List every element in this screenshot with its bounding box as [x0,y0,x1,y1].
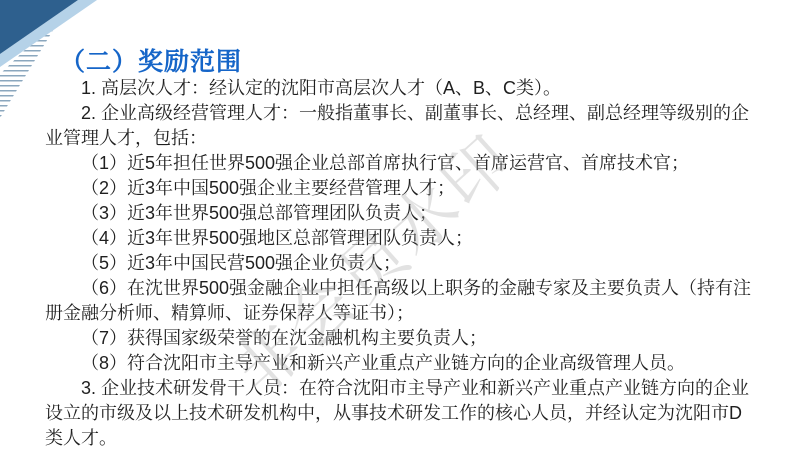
body-paragraph-9: （7）获得国家级荣誉的在沈金融机构主要负责人； [45,326,757,351]
body-paragraph-1: 1. 高层次人才：经认定的沈阳市高层次人才（A、B、C类）。 [45,76,757,101]
body-paragraph-7: （5）近3年中国民营500强企业负责人； [45,251,757,276]
body-paragraph-4: （2）近3年中国500强企业主要经营管理人才； [45,176,757,201]
presentation-slide: （二）奖励范围 1. 高层次人才：经认定的沈阳市高层次人才（A、B、C类）。 2… [0,0,800,450]
body-paragraph-5: （3）近3年世界500强总部管理团队负责人； [45,201,757,226]
slide-title: （二）奖励范围 [60,42,242,78]
body-paragraph-2: 2. 企业高级经营管理人才：一般指董事长、副董事长、总经理、副总经理等级别的企业… [45,101,757,151]
body-paragraph-3: （1）近5年担任世界500强企业总部首席执行官、首席运营官、首席技术官； [45,151,757,176]
body-paragraph-8: （6）在沈世界500强金融企业中担任高级以上职务的金融专家及主要负责人（持有注册… [45,276,757,326]
body-paragraph-11: 3. 企业技术研发骨干人员：在符合沈阳市主导产业和新兴产业重点产业链方向的企业设… [45,376,757,450]
slide-body: 1. 高层次人才：经认定的沈阳市高层次人才（A、B、C类）。 2. 企业高级经营… [45,76,757,450]
body-paragraph-10: （8）符合沈阳市主导产业和新兴产业重点产业链方向的企业高级管理人员。 [45,351,757,376]
body-paragraph-6: （4）近3年世界500强地区总部管理团队负责人； [45,226,757,251]
